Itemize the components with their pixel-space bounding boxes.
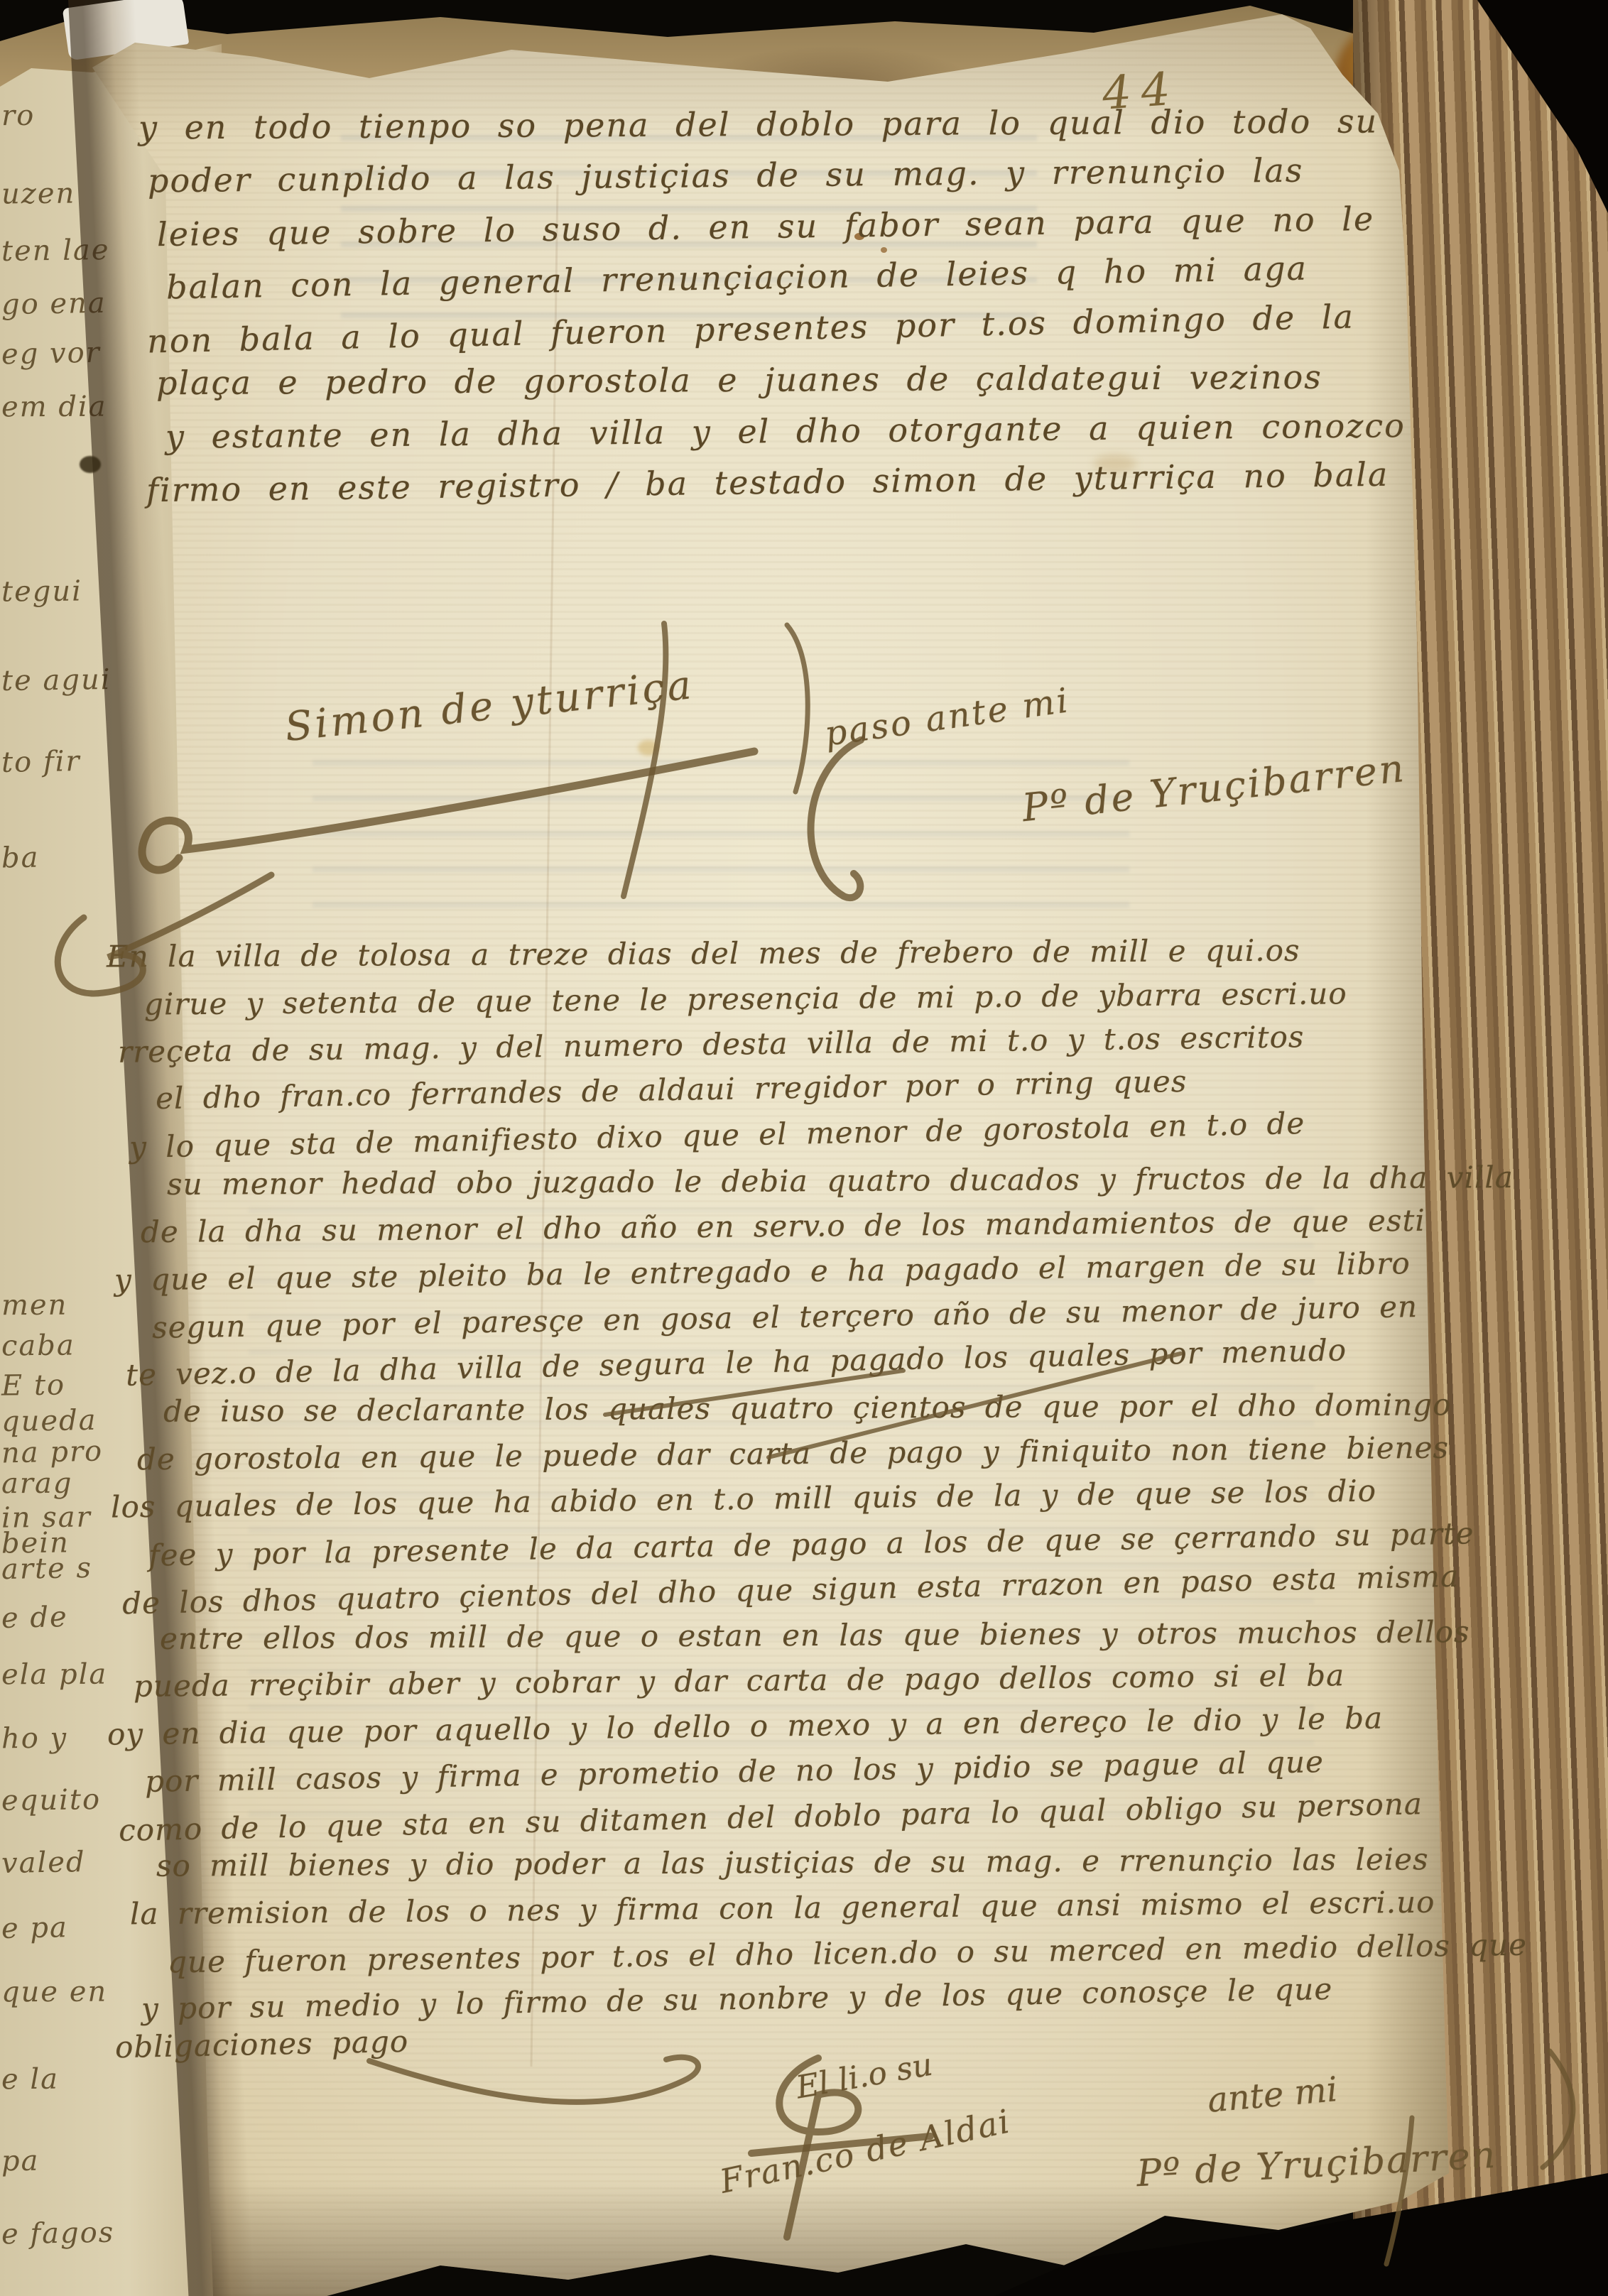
facing-page-text-fragment: te agui [1,663,112,697]
book-photograph: rouzenten laego enaeg vorem diateguite a… [0,0,1608,2296]
facing-page-text-fragment: e la [1,2063,59,2096]
manuscript-line: y en todo tienpo so pena del doblo para … [138,102,1378,146]
facing-page-text-fragment: arte s [1,1552,93,1586]
facing-page-text-fragment: tegui [1,575,82,608]
facing-page-text-fragment: e pa [1,1911,69,1945]
facing-page-text-fragment: caba [1,1329,75,1363]
facing-page-text-fragment: que en [1,1976,107,2009]
facing-page-text-fragment: e fagos [1,2216,115,2251]
facing-page-text-fragment: pa [1,2145,40,2178]
paper-stain [638,740,659,756]
ink-showthrough [313,731,1129,937]
facing-page-text-fragment: valed [1,1846,86,1880]
ink-spot [881,247,887,253]
facing-page-text-fragment: ro [1,99,35,132]
manuscript-line: su menor hedad obo juzgado le debia quat… [167,1160,1514,1202]
manuscript-line: de iuso se declarante los quales quatro … [163,1387,1452,1428]
facing-page-text-fragment: na pro [1,1435,104,1470]
facing-page-text-fragment: E to [1,1369,66,1402]
facing-page-text-fragment: arag [1,1467,73,1501]
manuscript-line: En la villa de tolosa a treze dias del m… [107,933,1300,974]
ink-blot [80,456,101,473]
facing-page-text-fragment: men [1,1289,68,1322]
facing-page-text-fragment: queda [1,1404,97,1438]
facing-page-text-fragment: ba [1,841,40,874]
manuscript-line: so mill bienes y dio poder a las justiçi… [156,1841,1429,1883]
manuscript-line: plaça e pedro de gorostola e juanes de ç… [156,358,1322,403]
facing-page-text-fragment: to fir [1,745,81,779]
manuscript-line: obligaciones pago [115,2024,409,2064]
facing-page-text-fragment: uzen [1,178,76,211]
facing-page-text-fragment: ela pla [1,1658,108,1692]
facing-page-text-fragment: equito [1,1783,102,1817]
manuscript-line: entre ellos dos mill de que o estan en l… [160,1614,1470,1656]
facing-page-text-fragment: e de [1,1601,69,1635]
facing-page-text-fragment: ho y [1,1722,68,1756]
